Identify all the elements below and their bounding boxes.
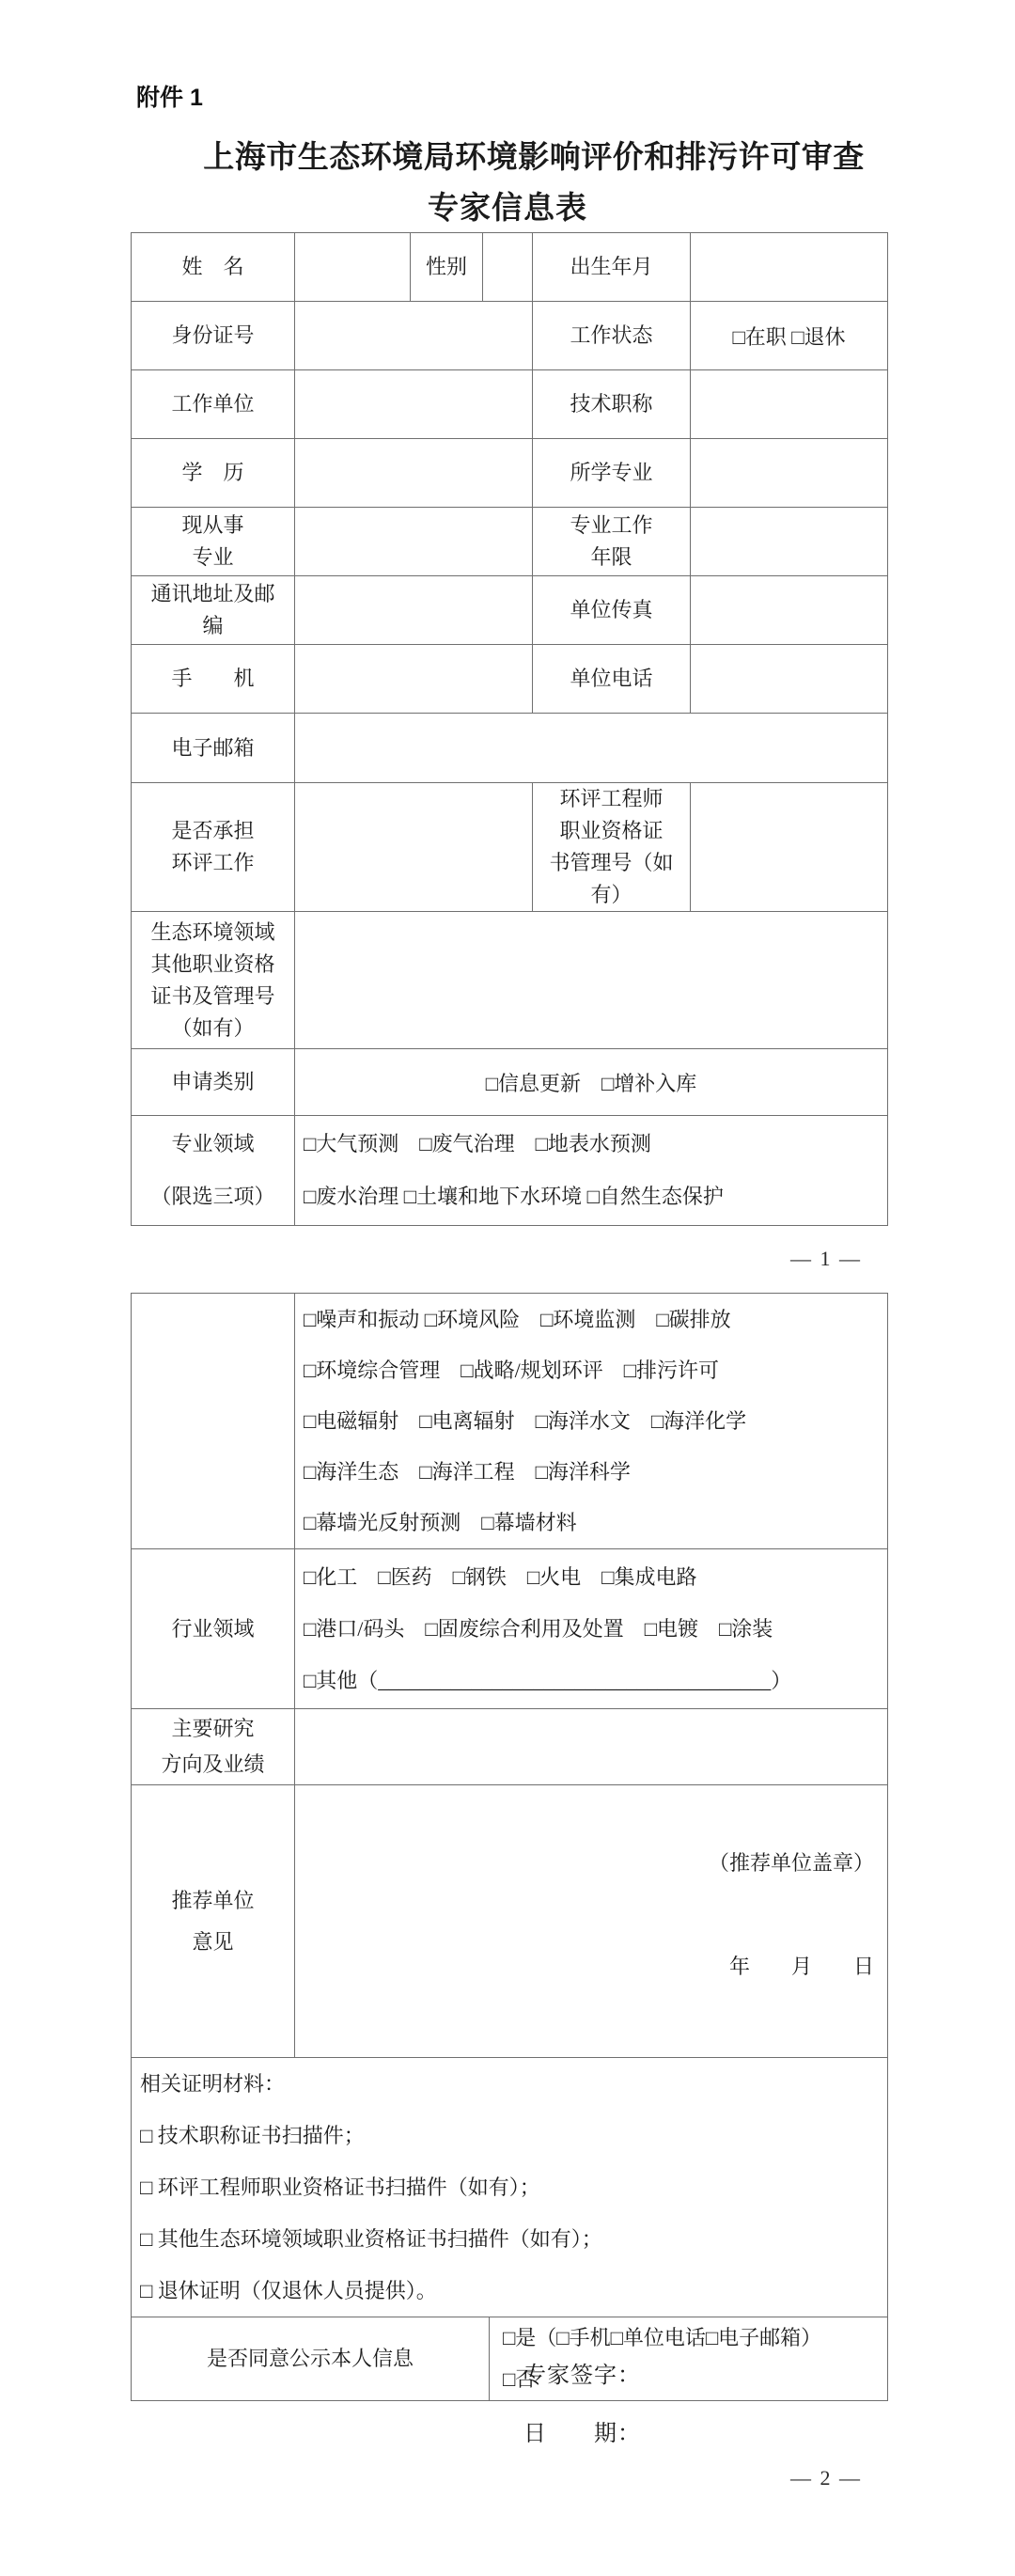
specialty-field-extra-options: □噪声和振动 □环境风险 □环境监测 □碳排放 □环境综合管理 □战略/规划环评… [295, 1294, 888, 1549]
recommend-unit-label: 推荐单位 意见 [132, 1785, 295, 2058]
education-label: 学 历 [132, 439, 295, 508]
other-cert-value-cell [295, 912, 888, 1049]
recommend-seal-note: （推荐单位盖章） [295, 1837, 874, 1889]
recommend-unit-opinion-cell: （推荐单位盖章） 年 月 日 [295, 1785, 888, 2058]
phone-value-cell [691, 645, 888, 714]
specialty-field-extra-label-cell [132, 1294, 295, 1549]
fax-value-cell [691, 576, 888, 645]
tech-title-label: 技术职称 [533, 370, 691, 439]
document-page: 附件 1 上海市生态环境局环境影响评价和排污许可审查 专家信息表 姓 名 性别 … [0, 0, 1015, 2576]
eia-cert-value-cell [691, 783, 888, 912]
industry-field-label: 行业领域 [132, 1549, 295, 1709]
mobile-label: 手 机 [132, 645, 295, 714]
date-label: 日 期： [523, 2414, 641, 2447]
page-number-2: — 2 — [131, 2466, 887, 2490]
work-status-label: 工作状态 [533, 302, 691, 370]
phone-label: 单位电话 [533, 645, 691, 714]
table-row-specialty-field-continued: □噪声和振动 □环境风险 □环境监测 □碳排放 □环境综合管理 □战略/规划环评… [132, 1294, 888, 1549]
table-row-apply-type: 申请类别 □信息更新 □增补入库 [132, 1049, 888, 1116]
gender-label: 性别 [411, 233, 483, 302]
industry-field-options: □化工 □医药 □钢铁 □火电 □集成电路 □港口/码头 □固废综合利用及处置 … [295, 1549, 888, 1709]
document-title-line2: 专家信息表 [0, 183, 1015, 228]
work-years-label: 专业工作 年限 [533, 508, 691, 576]
eia-cert-label: 环评工程师 职业资格证 书管理号（如 有） [533, 783, 691, 912]
table-row-education: 学 历 所学专业 [132, 439, 888, 508]
name-label: 姓 名 [132, 233, 295, 302]
table-row-materials: 相关证明材料： □ 技术职称证书扫描件； □ 环评工程师职业资格证书扫描件（如有… [132, 2058, 888, 2317]
expert-signature-label: 专家签字： [523, 2356, 641, 2389]
specialty-field-label: 专业领域 （限选三项） [132, 1116, 295, 1226]
mobile-value-cell [295, 645, 533, 714]
current-major-label: 现从事 专业 [132, 508, 295, 576]
apply-type-label: 申请类别 [132, 1049, 295, 1116]
page-number-1: — 1 — [131, 1247, 887, 1271]
employer-value-cell [295, 370, 533, 439]
address-value-cell [295, 576, 533, 645]
table-row-name: 姓 名 性别 出生年月 [132, 233, 888, 302]
work-years-value-cell [691, 508, 888, 576]
document-title-line1: 上海市生态环境局环境影响评价和排污许可审查 [0, 133, 1015, 177]
fax-label: 单位传真 [533, 576, 691, 645]
email-value-cell [295, 714, 888, 783]
table-row-recommendation: 推荐单位 意见 （推荐单位盖章） 年 月 日 [132, 1785, 888, 2058]
address-label: 通讯地址及邮 编 [132, 576, 295, 645]
tech-title-value-cell [691, 370, 888, 439]
table-row-industry-field: 行业领域 □化工 □医药 □钢铁 □火电 □集成电路 □港口/码头 □固废综合利… [132, 1549, 888, 1709]
table-row-id-number: 身份证号 工作状态 □在职 □退休 [132, 302, 888, 370]
expert-info-table-page1: 姓 名 性别 出生年月 身份证号 工作状态 □在职 □退休 工作单位 技术职称 … [131, 232, 888, 1226]
apply-type-options: □信息更新 □增补入库 [295, 1049, 888, 1116]
name-value-cell [295, 233, 411, 302]
birthdate-value-cell [691, 233, 888, 302]
other-cert-label: 生态环境领域 其他职业资格 证书及管理号 （如有） [132, 912, 295, 1049]
major-value-cell [691, 439, 888, 508]
expert-info-table-page2: □噪声和振动 □环境风险 □环境监测 □碳排放 □环境综合管理 □战略/规划环评… [131, 1293, 888, 2401]
table-row-other-cert: 生态环境领域 其他职业资格 证书及管理号 （如有） [132, 912, 888, 1049]
id-number-value-cell [295, 302, 533, 370]
table-row-address: 通讯地址及邮 编 单位传真 [132, 576, 888, 645]
research-label: 主要研究 方向及业绩 [132, 1709, 295, 1785]
eia-duty-value-cell [295, 783, 533, 912]
current-major-value-cell [295, 508, 533, 576]
id-number-label: 身份证号 [132, 302, 295, 370]
research-value-cell [295, 1709, 888, 1785]
table-row-specialty-field: 专业领域 （限选三项） □大气预测 □废气治理 □地表水预测 □废水治理 □土壤… [132, 1116, 888, 1226]
table-row-eia-duty: 是否承担 环评工作 环评工程师 职业资格证 书管理号（如 有） [132, 783, 888, 912]
attachment-label: 附件 1 [136, 79, 203, 113]
table-row-consent: 是否同意公示本人信息 □是（□手机□单位电话□电子邮箱） □否 [132, 2317, 888, 2401]
email-label: 电子邮箱 [132, 714, 295, 783]
table-row-email: 电子邮箱 [132, 714, 888, 783]
recommend-date-blank: 年 月 日 [295, 1940, 874, 1992]
table-row-mobile: 手 机 单位电话 [132, 645, 888, 714]
employer-label: 工作单位 [132, 370, 295, 439]
materials-checklist: 相关证明材料： □ 技术职称证书扫描件； □ 环评工程师职业资格证书扫描件（如有… [132, 2058, 888, 2317]
birthdate-label: 出生年月 [533, 233, 691, 302]
major-label: 所学专业 [533, 439, 691, 508]
specialty-field-options: □大气预测 □废气治理 □地表水预测 □废水治理 □土壤和地下水环境 □自然生态… [295, 1116, 888, 1226]
gender-value-cell [483, 233, 533, 302]
table-row-research: 主要研究 方向及业绩 [132, 1709, 888, 1785]
work-status-options: □在职 □退休 [691, 302, 888, 370]
education-value-cell [295, 439, 533, 508]
table-row-employer: 工作单位 技术职称 [132, 370, 888, 439]
eia-duty-label: 是否承担 环评工作 [132, 783, 295, 912]
table-row-current-major: 现从事 专业 专业工作 年限 [132, 508, 888, 576]
consent-label: 是否同意公示本人信息 [132, 2317, 490, 2401]
